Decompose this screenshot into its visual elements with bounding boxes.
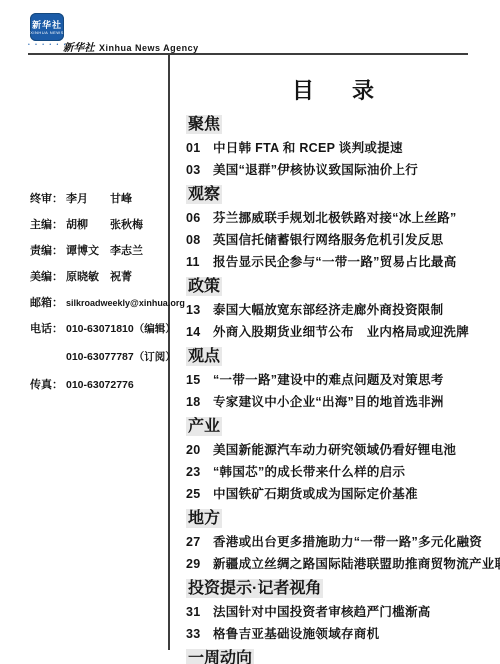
- section-heading-row: 观点: [186, 347, 488, 366]
- masthead-label: 主编：: [30, 218, 66, 232]
- item-page: 25: [186, 487, 213, 502]
- xinhua-logo-icon: 新华社 XINHUA NEWS: [30, 13, 64, 41]
- masthead-value: 原晓敏 祝菁: [66, 270, 132, 284]
- page-title: 目 录: [186, 74, 488, 105]
- item-page: 18: [186, 395, 213, 410]
- toc-item: 11 报告显示民企参与“一带一路”贸易占比最高: [186, 255, 488, 270]
- toc-item: 06 芬兰挪威联手规划北极铁路对接“冰上丝路”: [186, 211, 488, 226]
- section-heading: 地方: [186, 509, 222, 528]
- section-heading-row: 聚焦: [186, 115, 488, 134]
- item-title: 香港或出台更多措施助力“一带一路”多元化融资: [213, 535, 482, 550]
- section-heading: 投资提示·记者视角: [186, 579, 323, 598]
- masthead-row: 终审： 李月 甘峰: [30, 192, 165, 206]
- toc: 目 录 聚焦 01 中日韩 FTA 和 RCEP 谈判或提速 03 美国“退群”…: [186, 68, 488, 664]
- toc-item: 23 “韩国芯”的成长带来什么样的启示: [186, 465, 488, 480]
- section-items: 13 泰国大幅放宽东部经济走廊外商投资限制 14 外商入股期货业细节公布 业内格…: [186, 303, 488, 340]
- section-heading: 聚焦: [186, 115, 222, 134]
- toc-item: 33 格鲁吉亚基础设施领域存商机: [186, 627, 488, 642]
- xinhua-logo: 新华社 XINHUA NEWS • • • • • •: [28, 13, 66, 48]
- section-items: 01 中日韩 FTA 和 RCEP 谈判或提速 03 美国“退群”伊核协议致国际…: [186, 141, 488, 178]
- logo-text-cn: 新华社: [32, 20, 62, 30]
- item-page: 15: [186, 373, 213, 388]
- masthead-value: 谭博文 李志兰: [66, 244, 143, 258]
- item-title: 法国针对中国投资者审核趋严门槛渐高: [213, 605, 431, 620]
- section-heading: 政策: [186, 277, 222, 296]
- masthead-value: silkroadweekly@xinhua.org: [66, 296, 185, 310]
- toc-item: 15 “一带一路”建设中的难点问题及对策思考: [186, 373, 488, 388]
- logo-dots-pattern: • • • • • •: [28, 42, 66, 48]
- toc-section: 聚焦 01 中日韩 FTA 和 RCEP 谈判或提速 03 美国“退群”伊核协议…: [186, 115, 488, 178]
- item-title: 格鲁吉亚基础设施领域存商机: [213, 627, 379, 642]
- toc-item: 25 中国铁矿石期货或成为国际定价基准: [186, 487, 488, 502]
- section-heading: 观点: [186, 347, 222, 366]
- masthead-row: 传真： 010-63072776: [30, 378, 165, 392]
- toc-section: 一周动向: [186, 649, 488, 664]
- masthead-label: 责编：: [30, 244, 66, 258]
- item-title: 中日韩 FTA 和 RCEP 谈判或提速: [213, 141, 403, 156]
- section-heading-row: 地方: [186, 509, 488, 528]
- toc-item: 01 中日韩 FTA 和 RCEP 谈判或提速: [186, 141, 488, 156]
- section-heading-row: 投资提示·记者视角: [186, 579, 488, 598]
- item-page: 23: [186, 465, 213, 480]
- toc-sections: 聚焦 01 中日韩 FTA 和 RCEP 谈判或提速 03 美国“退群”伊核协议…: [186, 115, 488, 664]
- toc-section: 地方 27 香港或出台更多措施助力“一带一路”多元化融资 29 新疆成立丝绸之路…: [186, 509, 488, 572]
- toc-section: 投资提示·记者视角 31 法国针对中国投资者审核趋严门槛渐高 33 格鲁吉亚基础…: [186, 579, 488, 642]
- masthead-label: 终审：: [30, 192, 66, 206]
- section-items: 31 法国针对中国投资者审核趋严门槛渐高 33 格鲁吉亚基础设施领域存商机: [186, 605, 488, 642]
- section-items: 15 “一带一路”建设中的难点问题及对策思考 18 专家建议中小企业“出海”目的…: [186, 373, 488, 410]
- item-title: 专家建议中小企业“出海”目的地首选非洲: [213, 395, 444, 410]
- item-page: 13: [186, 303, 213, 318]
- masthead: 终审： 李月 甘峰 主编： 胡柳 张秋梅 责编： 谭博文 李志兰 美编： 原晓敏…: [30, 192, 165, 404]
- item-title: 英国信托储蓄银行网络服务危机引发反思: [213, 233, 443, 248]
- section-heading-row: 一周动向: [186, 649, 488, 664]
- item-page: 31: [186, 605, 213, 620]
- masthead-value: 010-63077787（订阅）: [66, 350, 176, 364]
- toc-item: 14 外商入股期货业细节公布 业内格局或迎洗牌: [186, 325, 488, 340]
- masthead-value: 010-63072776: [66, 378, 134, 392]
- masthead-label: 电话：: [30, 322, 66, 336]
- masthead-value: 李月 甘峰: [66, 192, 132, 206]
- section-heading: 一周动向: [186, 649, 254, 664]
- item-title: 泰国大幅放宽东部经济走廊外商投资限制: [213, 303, 443, 318]
- agency-name-en: Xinhua News Agency: [99, 43, 199, 53]
- toc-item: 29 新疆成立丝绸之路国际陆港联盟助推商贸物流产业联动: [186, 557, 488, 572]
- masthead-row: 责编： 谭博文 李志兰: [30, 244, 165, 258]
- item-page: 14: [186, 325, 213, 340]
- logo-text-en: XINHUA NEWS: [30, 30, 64, 35]
- item-page: 01: [186, 141, 213, 156]
- toc-item: 20 美国新能源汽车动力研究领域仍看好锂电池: [186, 443, 488, 458]
- item-page: 33: [186, 627, 213, 642]
- item-title: 中国铁矿石期货或成为国际定价基准: [213, 487, 418, 502]
- masthead-label: 美编：: [30, 270, 66, 284]
- item-page: 27: [186, 535, 213, 550]
- item-title: 外商入股期货业细节公布 业内格局或迎洗牌: [213, 325, 469, 340]
- section-items: 20 美国新能源汽车动力研究领域仍看好锂电池 23 “韩国芯”的成长带来什么样的…: [186, 443, 488, 502]
- masthead-value: 胡柳 张秋梅: [66, 218, 143, 232]
- masthead-row: 主编： 胡柳 张秋梅: [30, 218, 165, 232]
- toc-section: 政策 13 泰国大幅放宽东部经济走廊外商投资限制 14 外商入股期货业细节公布 …: [186, 277, 488, 340]
- item-title: “韩国芯”的成长带来什么样的启示: [213, 465, 405, 480]
- toc-item: 08 英国信托储蓄银行网络服务危机引发反思: [186, 233, 488, 248]
- toc-item: 13 泰国大幅放宽东部经济走廊外商投资限制: [186, 303, 488, 318]
- item-title: 新疆成立丝绸之路国际陆港联盟助推商贸物流产业联动: [213, 557, 500, 572]
- toc-item: 18 专家建议中小企业“出海”目的地首选非洲: [186, 395, 488, 410]
- toc-item: 27 香港或出台更多措施助力“一带一路”多元化融资: [186, 535, 488, 550]
- item-title: 美国新能源汽车动力研究领域仍看好锂电池: [213, 443, 456, 458]
- masthead-row: 邮箱： silkroadweekly@xinhua.org: [30, 296, 165, 310]
- item-title: 美国“退群”伊核协议致国际油价上行: [213, 163, 418, 178]
- masthead-row: 010-63077787（订阅）: [30, 350, 165, 364]
- item-title: “一带一路”建设中的难点问题及对策思考: [213, 373, 444, 388]
- masthead-row: 美编： 原晓敏 祝菁: [30, 270, 165, 284]
- section-heading-row: 政策: [186, 277, 488, 296]
- toc-item: 31 法国针对中国投资者审核趋严门槛渐高: [186, 605, 488, 620]
- item-page: 03: [186, 163, 213, 178]
- section-items: 27 香港或出台更多措施助力“一带一路”多元化融资 29 新疆成立丝绸之路国际陆…: [186, 535, 488, 572]
- item-page: 20: [186, 443, 213, 458]
- toc-item: 03 美国“退群”伊核协议致国际油价上行: [186, 163, 488, 178]
- masthead-value: 010-63071810（编辑）: [66, 322, 176, 336]
- header-divider: [28, 53, 468, 55]
- masthead-label: [30, 350, 66, 364]
- masthead-label: 邮箱：: [30, 296, 66, 310]
- section-heading: 观察: [186, 185, 222, 204]
- item-page: 08: [186, 233, 213, 248]
- section-heading-row: 观察: [186, 185, 488, 204]
- masthead-row: 电话： 010-63071810（编辑）: [30, 322, 165, 336]
- toc-section: 观点 15 “一带一路”建设中的难点问题及对策思考 18 专家建议中小企业“出海…: [186, 347, 488, 410]
- toc-section: 观察 06 芬兰挪威联手规划北极铁路对接“冰上丝路” 08 英国信托储蓄银行网络…: [186, 185, 488, 270]
- section-items: 06 芬兰挪威联手规划北极铁路对接“冰上丝路” 08 英国信托储蓄银行网络服务危…: [186, 211, 488, 270]
- item-page: 06: [186, 211, 213, 226]
- section-heading: 产业: [186, 417, 222, 436]
- item-title: 芬兰挪威联手规划北极铁路对接“冰上丝路”: [213, 211, 457, 226]
- item-page: 11: [186, 255, 213, 270]
- section-heading-row: 产业: [186, 417, 488, 436]
- toc-section: 产业 20 美国新能源汽车动力研究领域仍看好锂电池 23 “韩国芯”的成长带来什…: [186, 417, 488, 502]
- item-title: 报告显示民企参与“一带一路”贸易占比最高: [213, 255, 457, 270]
- masthead-label: 传真：: [30, 378, 66, 392]
- item-page: 29: [186, 557, 213, 572]
